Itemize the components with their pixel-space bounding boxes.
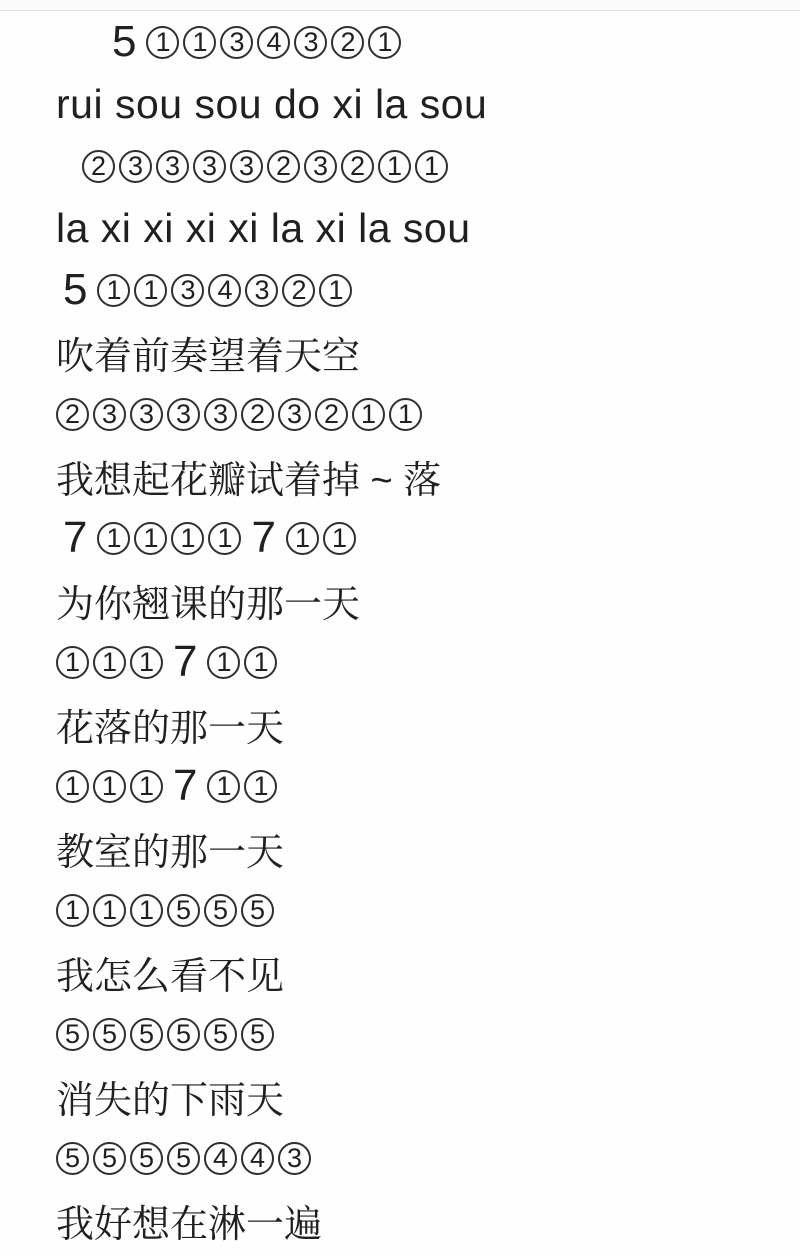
circled-note-number: 2 xyxy=(82,150,115,183)
lyric-line-4: 我想起花瓣试着掉 ~ 落 xyxy=(0,445,800,507)
circled-note-number: 1 xyxy=(56,646,89,679)
circled-note-number: 5 xyxy=(204,894,237,927)
circled-note-number: 3 xyxy=(119,150,152,183)
top-strip xyxy=(0,0,800,11)
notes-line-2: 2333323211 xyxy=(0,135,800,197)
circled-note-number: 3 xyxy=(93,398,126,431)
notes-line-6: 111711 xyxy=(0,631,800,693)
circled-note-number: 5 xyxy=(241,894,274,927)
circled-note-number: 2 xyxy=(241,398,274,431)
circled-note-number: 5 xyxy=(56,1142,89,1175)
circled-note-number: 1 xyxy=(415,150,448,183)
circled-note-number: 1 xyxy=(389,398,422,431)
notes-line-8: 111555 xyxy=(0,879,800,941)
circled-note-number: 1 xyxy=(93,646,126,679)
circled-note-number: 1 xyxy=(207,646,240,679)
note-number: 5 xyxy=(63,268,87,312)
notes-line-7: 111711 xyxy=(0,755,800,817)
notes-line-10: 5555443 xyxy=(0,1127,800,1189)
circled-note-number: 2 xyxy=(315,398,348,431)
circled-note-number: 1 xyxy=(171,522,204,555)
lyric-line-7: 教室的那一天 xyxy=(0,817,800,879)
circled-note-number: 4 xyxy=(208,274,241,307)
lyrics-sheet: 51134321 rui sou sou do xi la sou 233332… xyxy=(0,11,800,1251)
circled-note-number: 3 xyxy=(220,26,253,59)
circled-note-number: 3 xyxy=(167,398,200,431)
circled-note-number: 2 xyxy=(341,150,374,183)
circled-note-number: 5 xyxy=(130,1142,163,1175)
circled-note-number: 1 xyxy=(146,26,179,59)
circled-note-number: 1 xyxy=(378,150,411,183)
notes-line-3: 51134321 xyxy=(0,259,800,321)
circled-note-number: 1 xyxy=(352,398,385,431)
circled-note-number: 1 xyxy=(134,274,167,307)
circled-note-number: 3 xyxy=(230,150,263,183)
circled-note-number: 3 xyxy=(278,398,311,431)
circled-note-number: 1 xyxy=(93,770,126,803)
circled-note-number: 3 xyxy=(294,26,327,59)
lyric-line-2: la xi xi xi xi la xi la sou xyxy=(0,197,800,259)
circled-note-number: 1 xyxy=(319,274,352,307)
notes-line-9: 555555 xyxy=(0,1003,800,1065)
circled-note-number: 1 xyxy=(207,770,240,803)
circled-note-number: 5 xyxy=(93,1142,126,1175)
circled-note-number: 1 xyxy=(56,770,89,803)
circled-note-number: 5 xyxy=(241,1018,274,1051)
lyric-line-6: 花落的那一天 xyxy=(0,693,800,755)
notes-line-5: 71111711 xyxy=(0,507,800,569)
circled-note-number: 1 xyxy=(286,522,319,555)
circled-note-number: 1 xyxy=(130,770,163,803)
circled-note-number: 4 xyxy=(257,26,290,59)
note-number: 7 xyxy=(173,764,197,808)
notes-line-1: 51134321 xyxy=(0,11,800,73)
note-number: 5 xyxy=(112,20,136,64)
circled-note-number: 2 xyxy=(282,274,315,307)
circled-note-number: 1 xyxy=(56,894,89,927)
circled-note-number: 1 xyxy=(97,522,130,555)
circled-note-number: 1 xyxy=(93,894,126,927)
circled-note-number: 5 xyxy=(167,894,200,927)
circled-note-number: 3 xyxy=(193,150,226,183)
circled-note-number: 3 xyxy=(204,398,237,431)
lyric-line-1: rui sou sou do xi la sou xyxy=(0,73,800,135)
circled-note-number: 3 xyxy=(278,1142,311,1175)
circled-note-number: 5 xyxy=(167,1142,200,1175)
circled-note-number: 1 xyxy=(208,522,241,555)
circled-note-number: 1 xyxy=(368,26,401,59)
note-number: 7 xyxy=(173,640,197,684)
circled-note-number: 1 xyxy=(130,894,163,927)
lyric-line-8: 我怎么看不见 xyxy=(0,941,800,1003)
lyric-line-10: 我好想在淋一遍 xyxy=(0,1189,800,1251)
circled-note-number: 3 xyxy=(304,150,337,183)
circled-note-number: 3 xyxy=(156,150,189,183)
circled-note-number: 1 xyxy=(130,646,163,679)
circled-note-number: 5 xyxy=(56,1018,89,1051)
note-number: 7 xyxy=(63,516,87,560)
circled-note-number: 5 xyxy=(167,1018,200,1051)
lyric-line-9: 消失的下雨天 xyxy=(0,1065,800,1127)
circled-note-number: 2 xyxy=(331,26,364,59)
circled-note-number: 3 xyxy=(130,398,163,431)
lyric-line-3: 吹着前奏望着天空 xyxy=(0,321,800,383)
notes-line-4: 2333323211 xyxy=(0,383,800,445)
circled-note-number: 1 xyxy=(134,522,167,555)
circled-note-number: 2 xyxy=(56,398,89,431)
circled-note-number: 5 xyxy=(93,1018,126,1051)
circled-note-number: 4 xyxy=(204,1142,237,1175)
circled-note-number: 3 xyxy=(171,274,204,307)
lyric-line-5: 为你翘课的那一天 xyxy=(0,569,800,631)
circled-note-number: 4 xyxy=(241,1142,274,1175)
circled-note-number: 2 xyxy=(267,150,300,183)
circled-note-number: 1 xyxy=(323,522,356,555)
circled-note-number: 1 xyxy=(183,26,216,59)
circled-note-number: 1 xyxy=(244,770,277,803)
circled-note-number: 1 xyxy=(244,646,277,679)
circled-note-number: 5 xyxy=(130,1018,163,1051)
note-number: 7 xyxy=(251,516,275,560)
circled-note-number: 5 xyxy=(204,1018,237,1051)
circled-note-number: 3 xyxy=(245,274,278,307)
circled-note-number: 1 xyxy=(97,274,130,307)
